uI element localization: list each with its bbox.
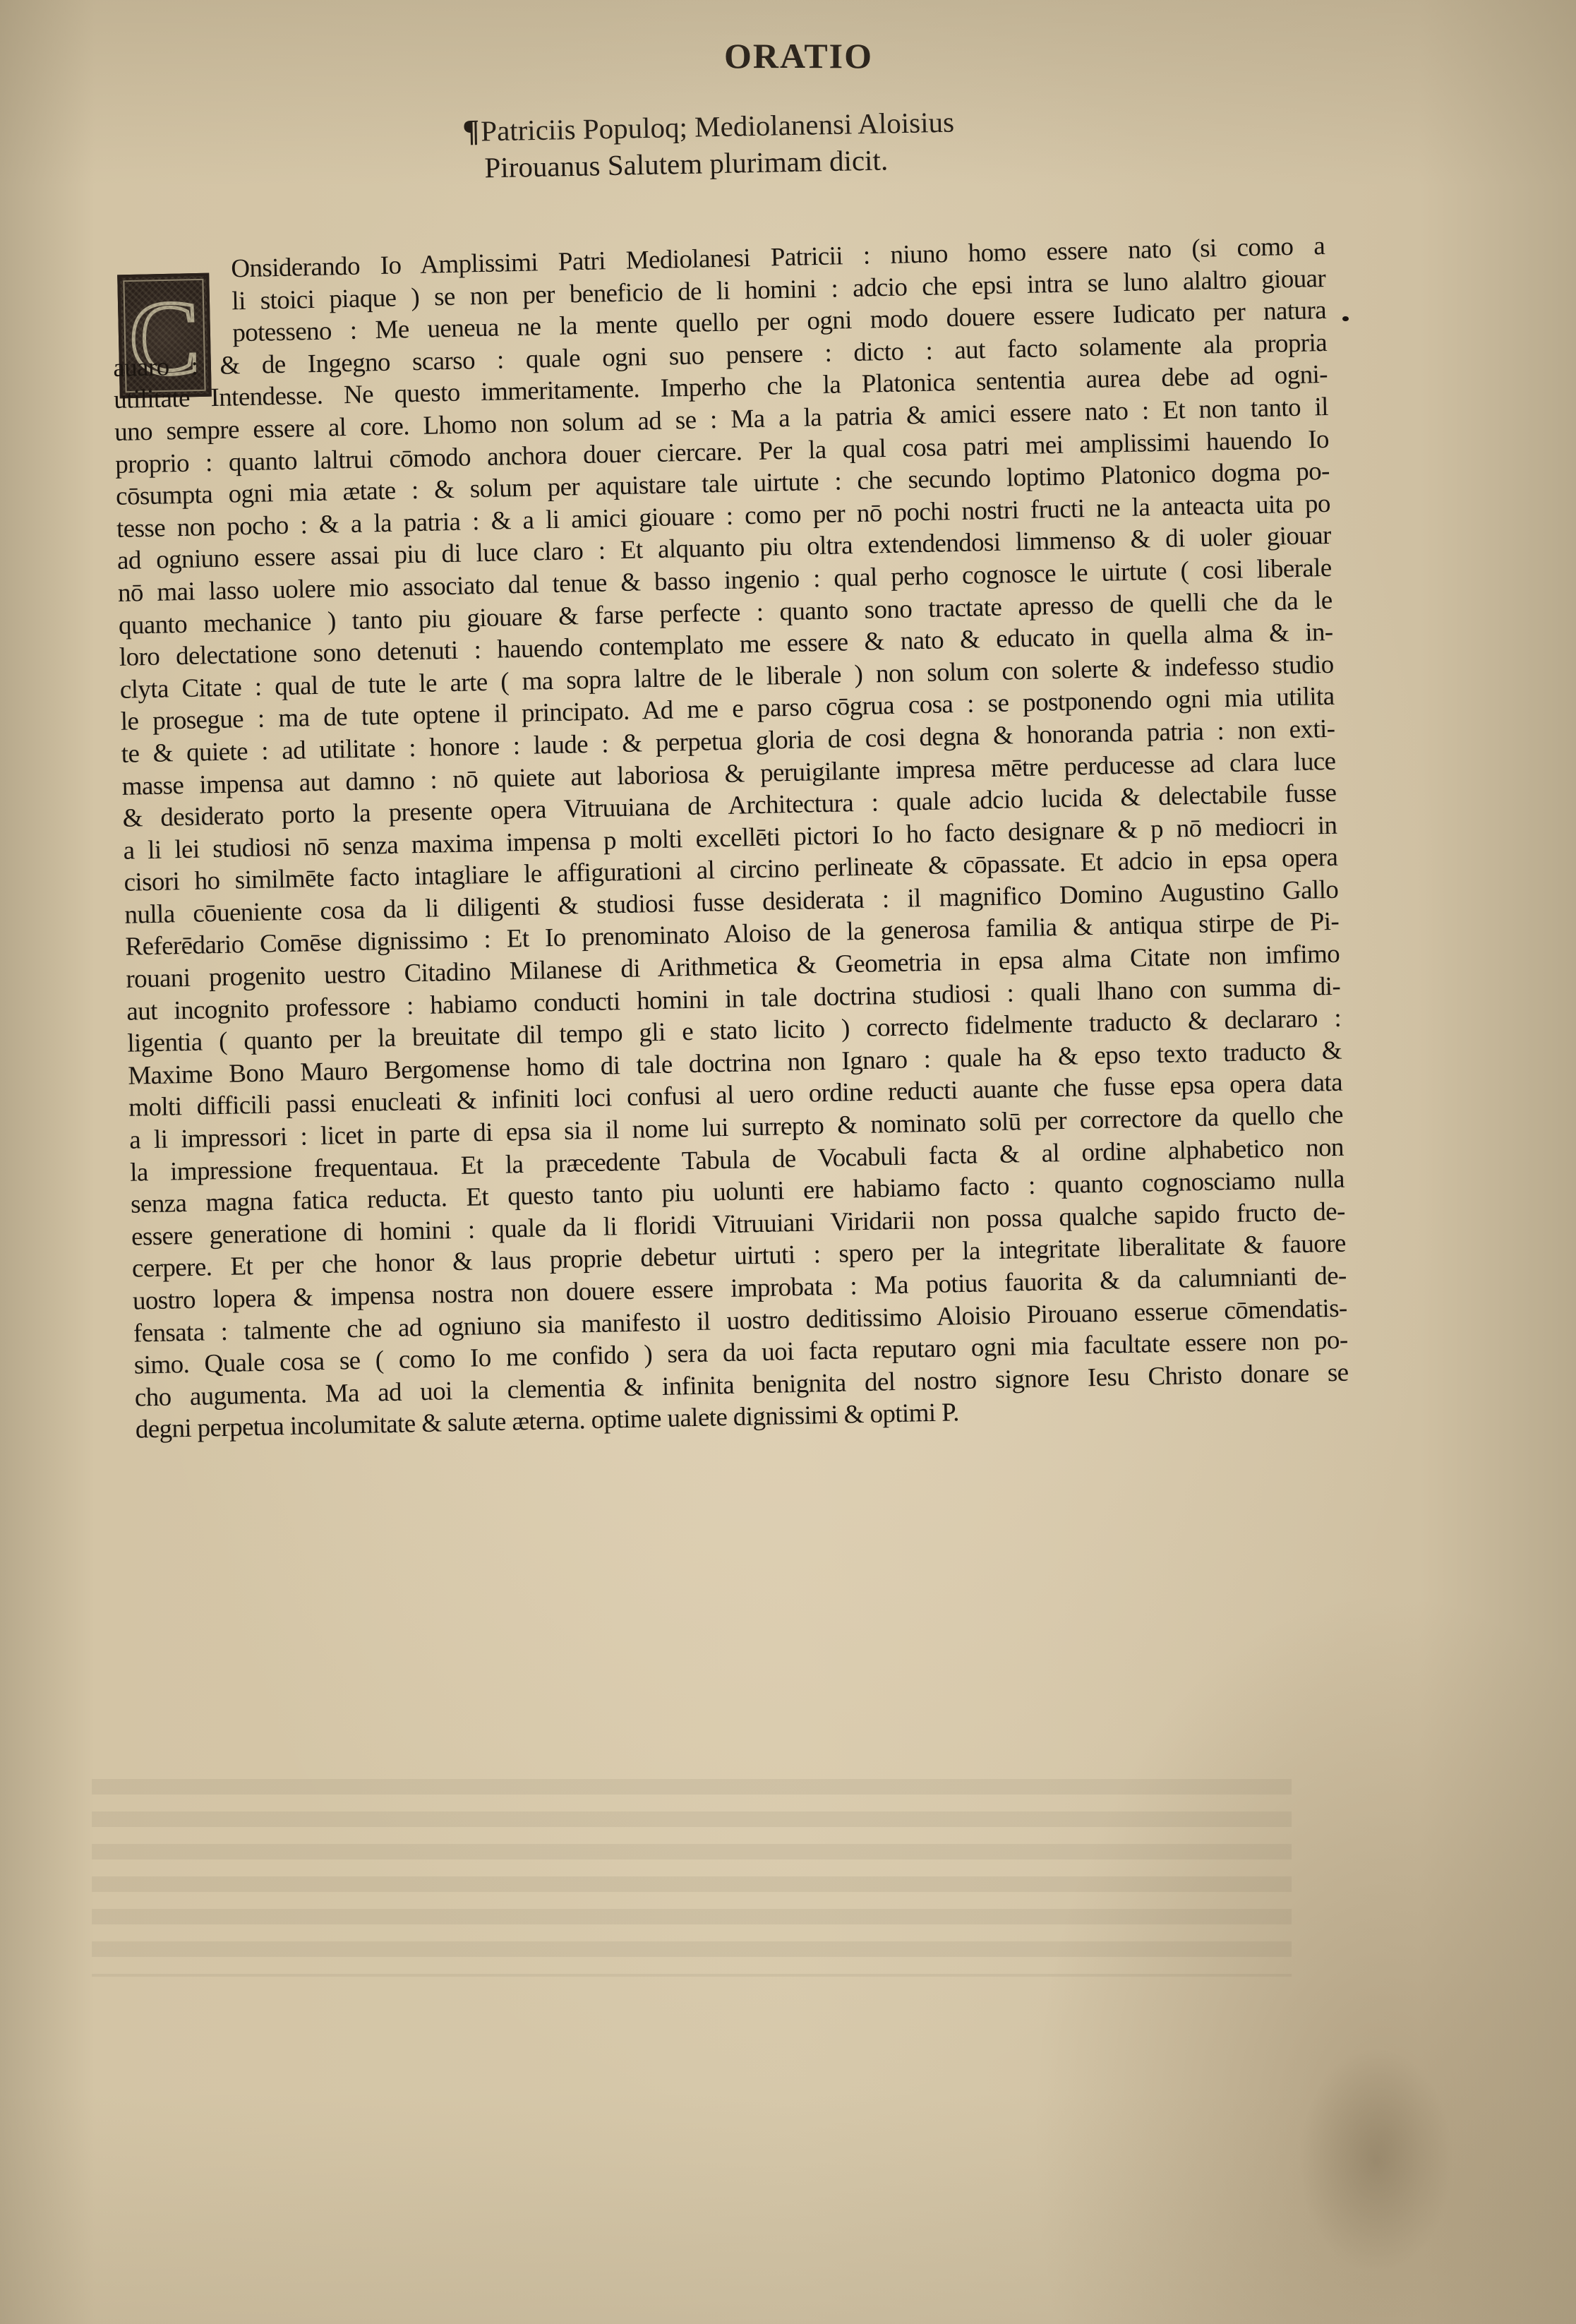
show-through-text: [92, 1779, 1292, 1977]
salutation-line-2: Pirouanus Salutem plurimam dicit.: [463, 139, 1028, 186]
oration-body: Onsiderando Io Amplissimi Patri Mediolan…: [111, 230, 1349, 1446]
paper-stain: [1299, 2047, 1454, 2273]
page-heading: ORATIO: [0, 35, 1576, 76]
book-page: ORATIO ¶Patriciis Populoq; Mediolanensi …: [0, 0, 1576, 2324]
salutation: ¶Patriciis Populoq; Mediolanensi Aloisiu…: [462, 102, 1028, 186]
ink-spot: [1342, 316, 1349, 321]
pilcrow-icon: ¶: [462, 114, 480, 148]
